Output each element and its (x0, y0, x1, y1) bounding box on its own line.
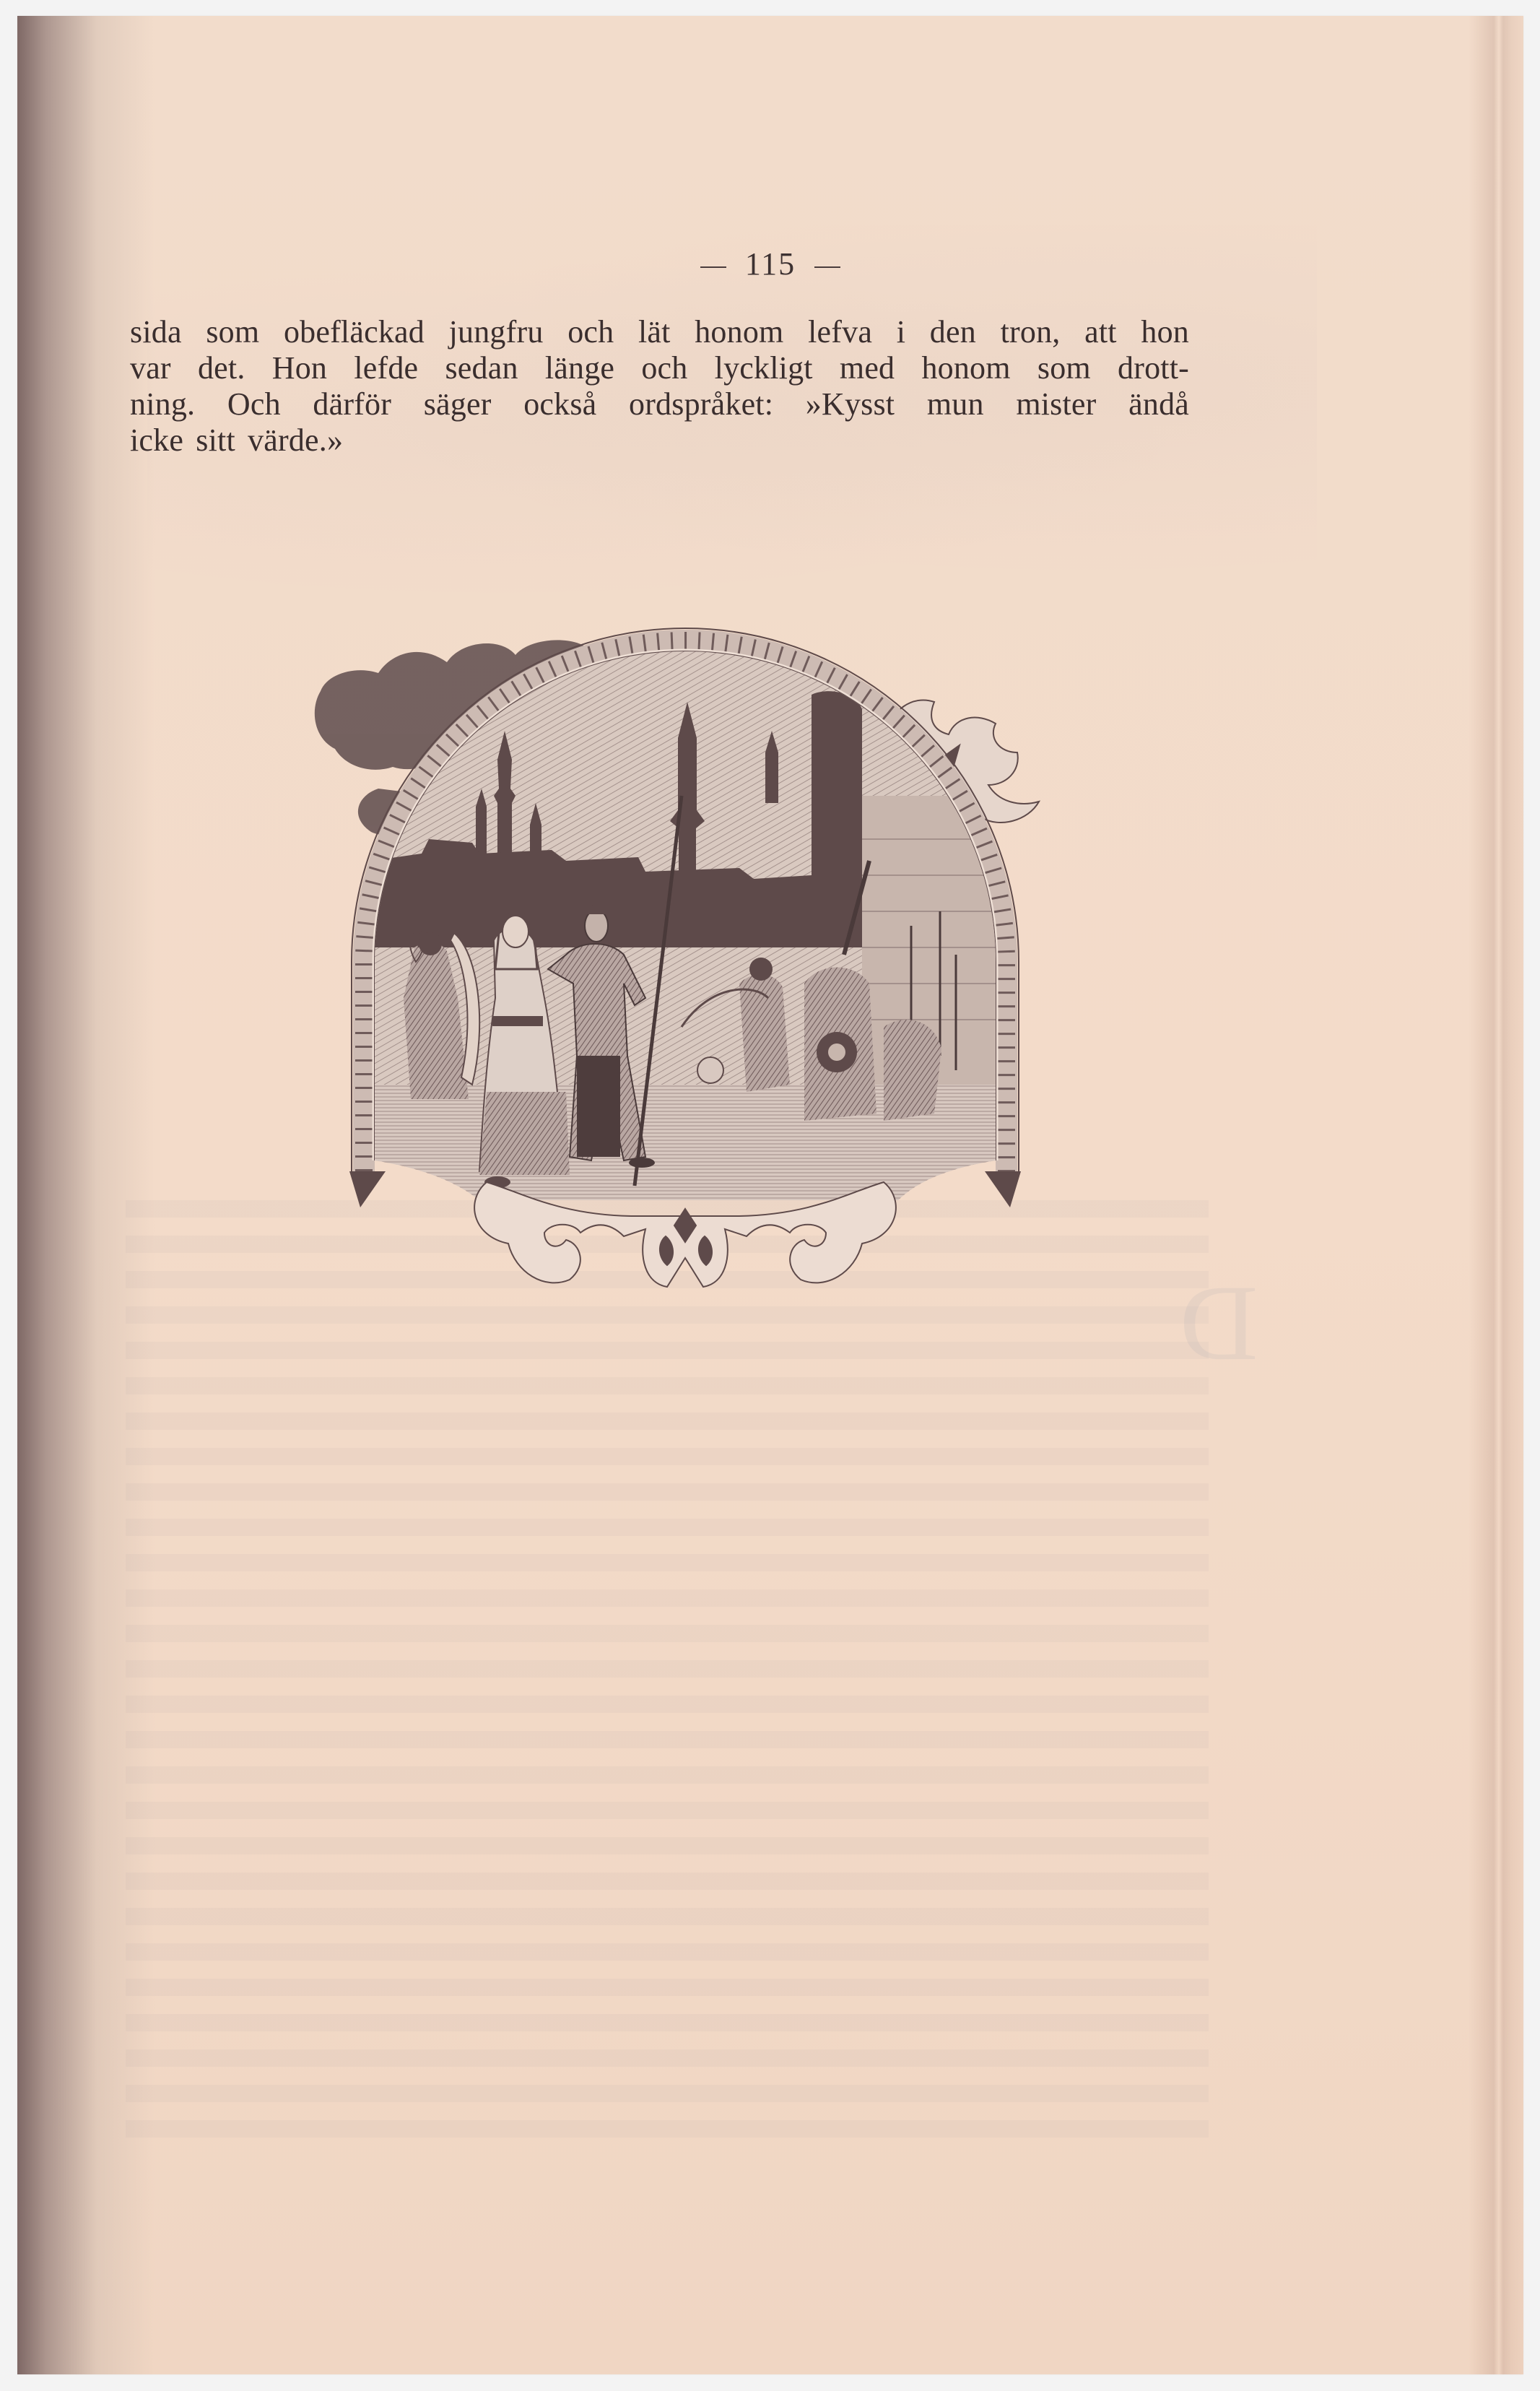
page-number-dash-left (700, 266, 726, 268)
bleed-through-text (126, 1200, 1209, 2153)
book-page: D 115 sida som obefläckad jungfru och lä… (17, 16, 1523, 2374)
text-line: var det. Hon lefde sedan länge och lyckl… (130, 350, 1189, 386)
page-number: 115 (17, 246, 1523, 282)
body-paragraph: sida som obefläckad jungfru och lät hono… (130, 314, 1189, 459)
vignette-illustration (306, 622, 1057, 1309)
text-line: icke sitt värde.» (130, 422, 1189, 459)
page-number-value: 115 (745, 246, 796, 282)
page-number-dash-right (814, 266, 840, 268)
bleed-through-dropcap: D (1180, 1269, 1258, 1377)
right-pennant (985, 1171, 1021, 1207)
left-guard-figure (404, 932, 479, 1099)
text-line: sida som obefläckad jungfru och lät hono… (130, 314, 1189, 350)
text-line: ning. Och därför säger också ordspråket:… (130, 386, 1189, 422)
left-pennant (349, 1171, 386, 1207)
